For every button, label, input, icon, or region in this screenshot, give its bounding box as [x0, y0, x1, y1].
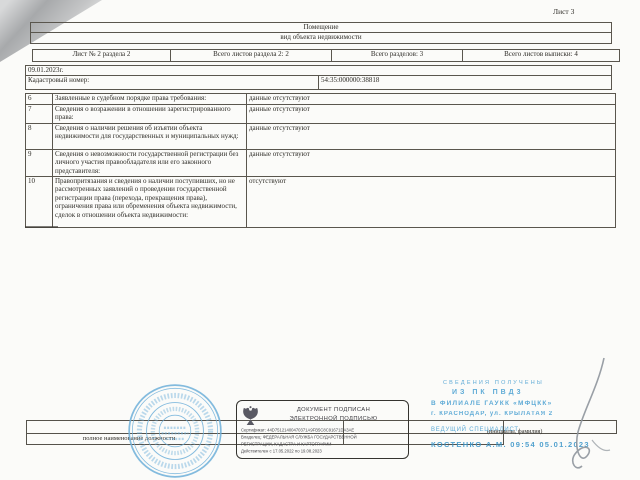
handwritten-signature: [540, 352, 640, 480]
cadastral-value: 54:35:000000:38818: [319, 76, 612, 90]
esig-subtitle: ЭЛЕКТРОННОЙ ПОДПИСЬЮ: [261, 416, 406, 422]
row-description: Правопритязания и сведения о наличии пос…: [53, 177, 247, 228]
coat-of-arms-icon: [241, 405, 260, 427]
mfc-stamp-line: г. КРАСНОДАР, ул. КРЫЛАТАЯ 2: [431, 411, 553, 417]
object-type-caption: вид объекта недвижимости: [31, 33, 612, 43]
table-row: 8 Сведения о наличии решения об изъятии …: [26, 123, 616, 149]
scan-artifact: [25, 226, 58, 228]
row-value: данные отсутствуют: [247, 105, 616, 124]
mfc-stamp-line: В ФИЛИАЛЕ ГАУКК «МФЦКК»: [431, 400, 552, 407]
sheet-info-cell: Всего листов выписки: 4: [463, 50, 620, 62]
row-number: 6: [26, 94, 53, 105]
esignature-stamp: ДОКУМЕНТ ПОДПИСАН ЭЛЕКТРОННОЙ ПОДПИСЬЮ С…: [236, 400, 409, 459]
sheet-info-cell: Всего разделов: 3: [332, 50, 463, 62]
table-row: 9 Сведения о невозможности государственн…: [26, 149, 616, 176]
sheet-info-table: Лист № 2 раздела 2 Всего листов раздела …: [32, 49, 620, 62]
mfc-stamp-operator-title: ВЕДУЩИЙ СПЕЦИАЛИСТ: [431, 427, 519, 433]
object-type-table: Помещение вид объекта недвижимости: [30, 22, 612, 44]
mfc-stamp-line: СВЕДЕНИЯ ПОЛУЧЕНЫ: [443, 380, 544, 386]
round-stamp: [113, 382, 237, 480]
esig-certificate: Сертификат: 44D75121400470371A9FB5C8C916…: [241, 428, 354, 432]
table-row: 10 Правопритязания и сведения о наличии …: [26, 177, 616, 228]
esig-owner2: РЕГИСТРАЦИИ, КАДАСТРА И КАРТОГРАФИИ: [241, 442, 331, 446]
date-cell: 09.01.2023г.: [26, 66, 612, 76]
sheet-info-cell: Всего листов раздела 2: 2: [171, 50, 332, 62]
row-number: 9: [26, 149, 53, 176]
row-description: Сведения о наличии решения об изъятии об…: [53, 123, 247, 149]
document-page: Лист 3 Помещение вид объекта недвижимост…: [0, 0, 640, 480]
row-value: данные отсутствуют: [247, 123, 616, 149]
sheet-number: Лист 3: [553, 7, 613, 16]
row-description: Сведения о возражении в отношении зареги…: [53, 105, 247, 124]
signature-line-divider: [26, 420, 27, 445]
table-row: 6 Заявленные в судебном порядке права тр…: [26, 94, 616, 105]
attributes-table: 6 Заявленные в судебном порядке права тр…: [25, 93, 616, 228]
esig-validity: Действителен с 17.05.2022 по 19.08.2023: [241, 449, 322, 453]
table-row: 7 Сведения о возражении в отношении заре…: [26, 105, 616, 124]
sheet-info-cell: Лист № 2 раздела 2: [33, 50, 171, 62]
esig-owner: Владелец: ФЕДЕРАЛЬНАЯ СЛУЖБА ГОСУДАРСТВЕ…: [241, 435, 357, 439]
row-number: 10: [26, 177, 53, 228]
cadastral-label: Кадастровый номер:: [26, 76, 319, 90]
date-cadastral-table: 09.01.2023г. Кадастровый номер: 54:35:00…: [25, 65, 612, 90]
object-type-value: Помещение: [31, 23, 612, 33]
row-value: данные отсутствуют: [247, 149, 616, 176]
row-value: отсутствуют: [247, 177, 616, 228]
row-value: данные отсутствуют: [247, 94, 616, 105]
row-number: 7: [26, 105, 53, 124]
esig-title: ДОКУМЕНТ ПОДПИСАН: [261, 407, 406, 413]
row-description: Сведения о невозможности государственной…: [53, 149, 247, 176]
row-description: Заявленные в судебном порядке права треб…: [53, 94, 247, 105]
mfc-stamp-line: ИЗ ПК ПВД3: [452, 389, 523, 396]
row-number: 8: [26, 123, 53, 149]
